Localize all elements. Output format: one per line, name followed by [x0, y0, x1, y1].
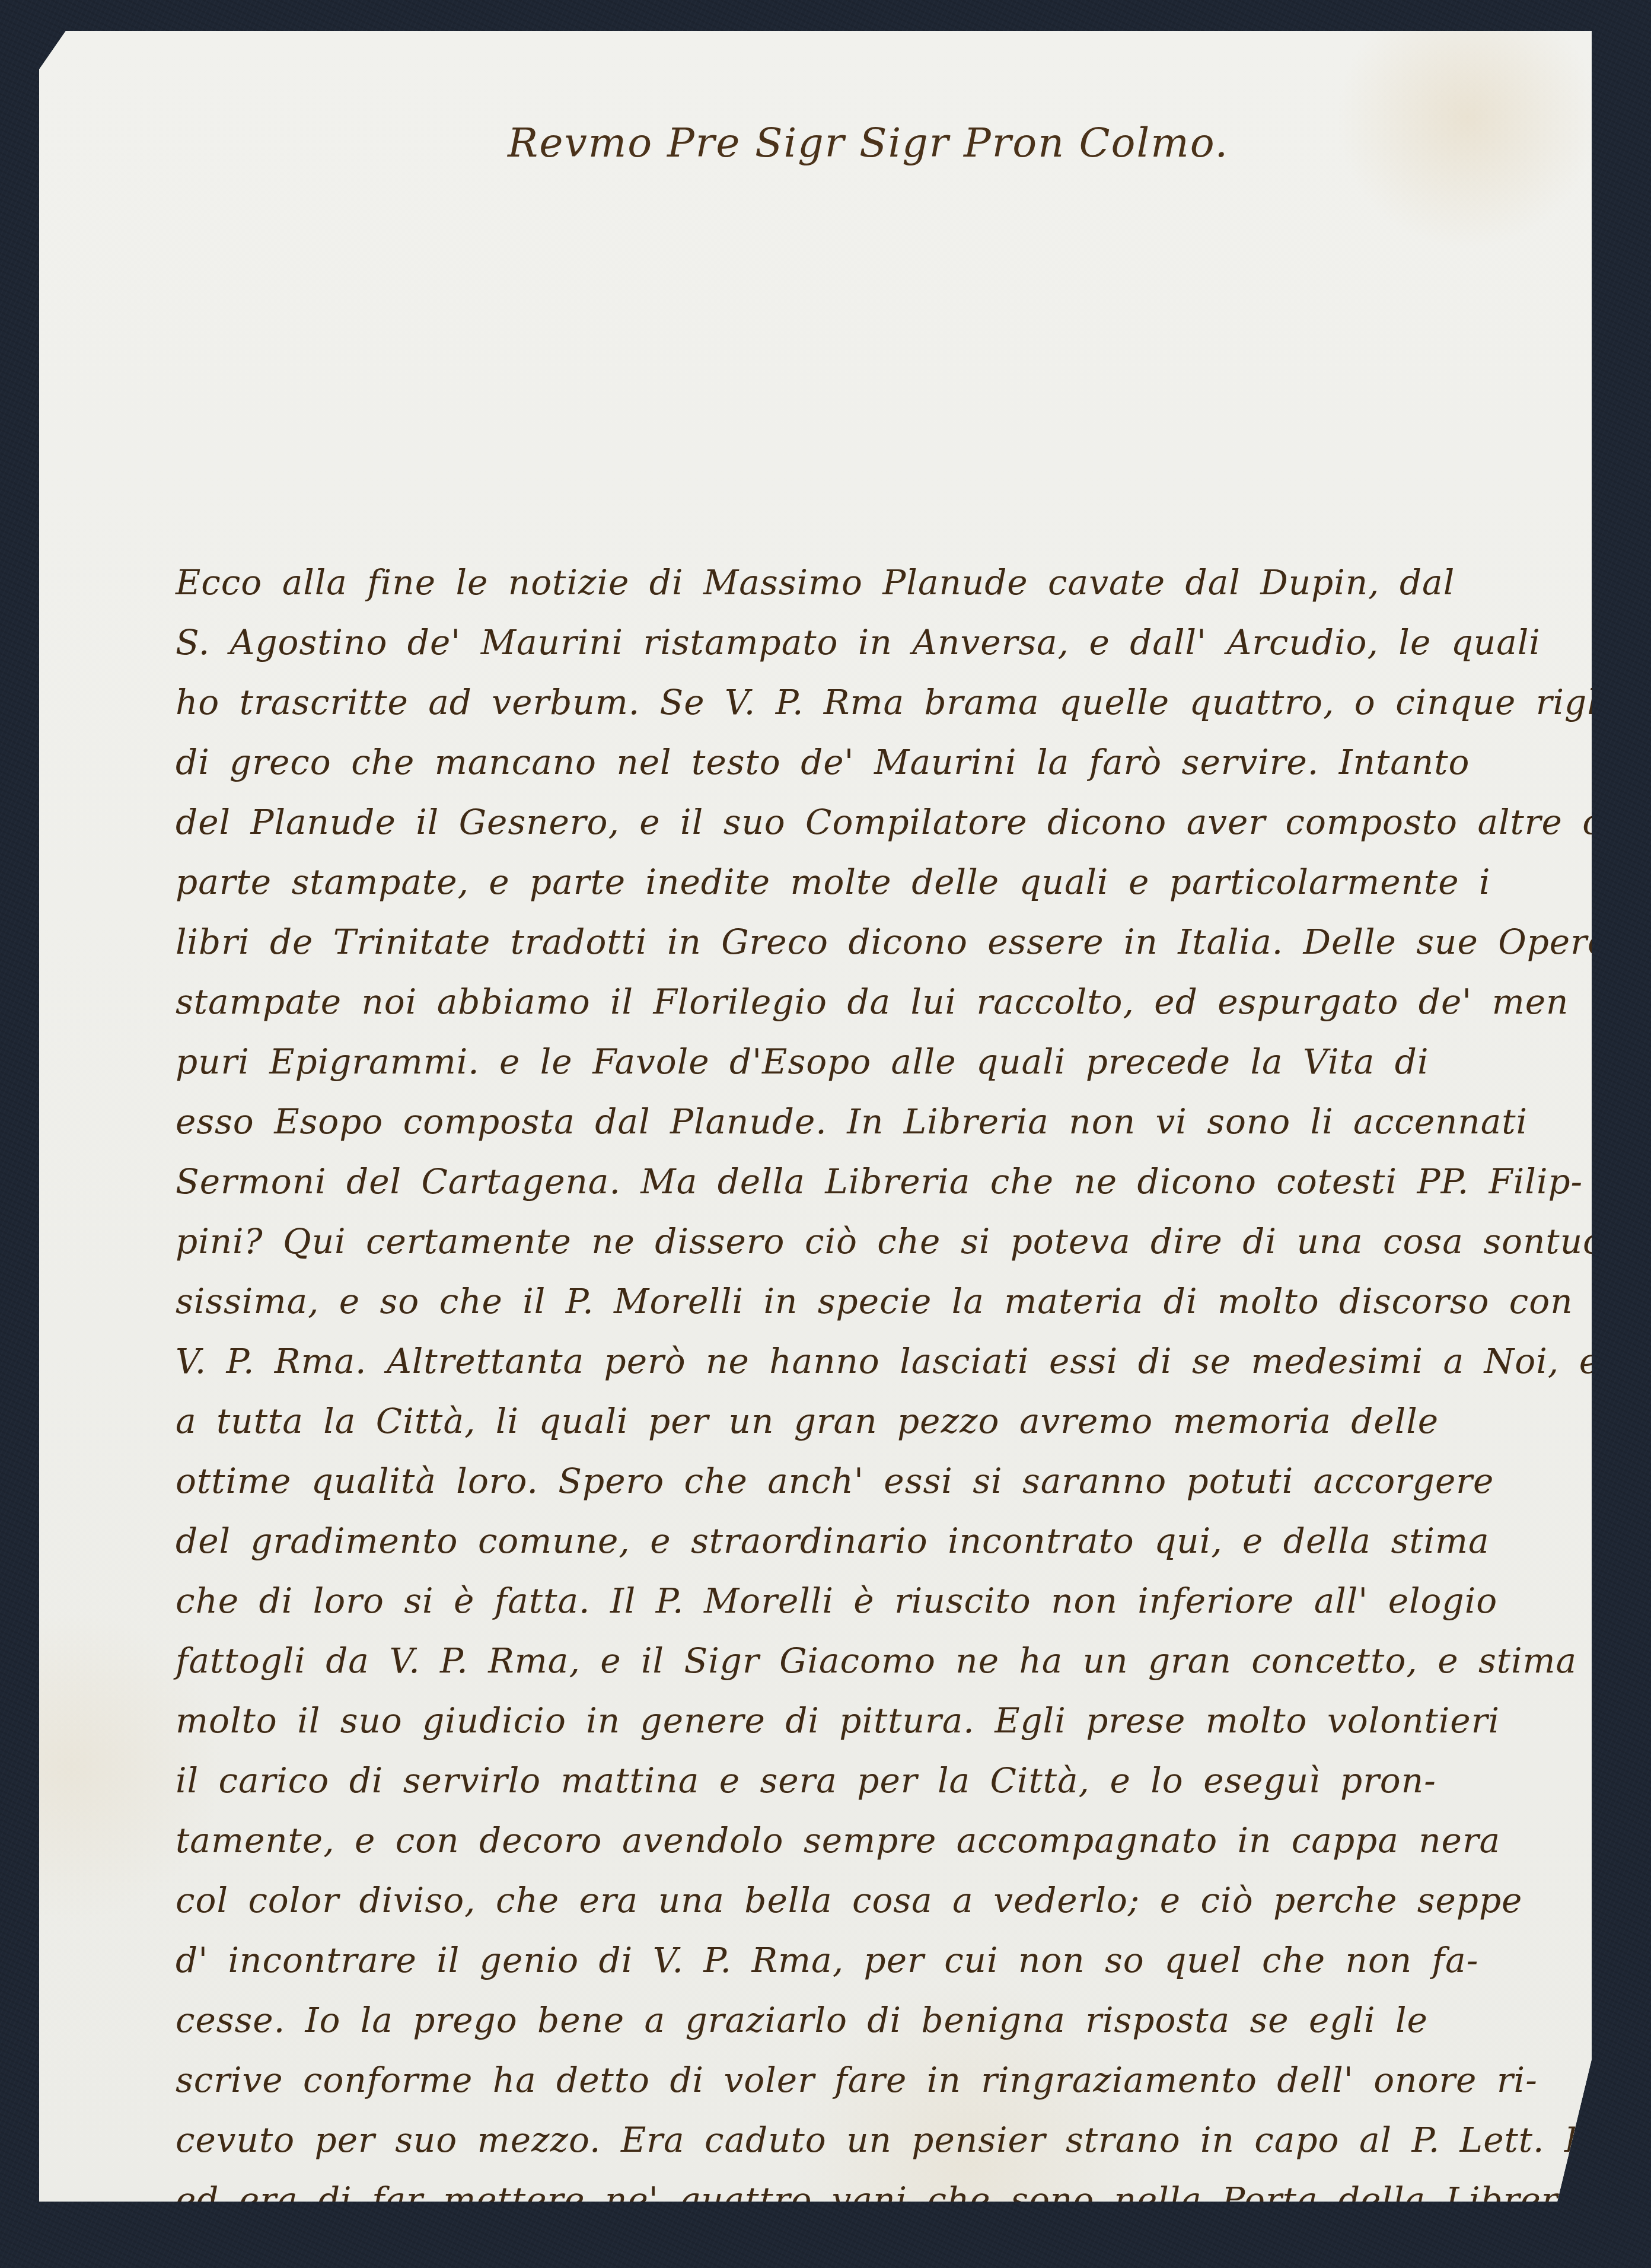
- manuscript-line: cevuto per suo mezzo. Era caduto un pens…: [176, 2110, 1634, 2170]
- manuscript-line: ottime qualità loro. Spero che anch' ess…: [176, 1451, 1634, 1511]
- manuscript-line: a tutta la Città, li quali per un gran p…: [176, 1391, 1634, 1451]
- manuscript-line: tamente, e con decoro avendolo sempre ac…: [176, 1811, 1634, 1871]
- manuscript-line: fattogli da V. P. Rma, e il Sigr Giacomo…: [176, 1631, 1634, 1691]
- manuscript-line: stampate noi abbiamo il Florilegio da lu…: [176, 972, 1634, 1032]
- manuscript-line: ed era di far mettere ne' quattro vani c…: [176, 2170, 1634, 2230]
- manuscript-line: esso Esopo composta dal Planude. In Libr…: [176, 1092, 1634, 1152]
- manuscript-line: V. P. Rma. Altrettanta però ne hanno las…: [176, 1332, 1634, 1391]
- manuscript-line: S. Agostino de' Maurini ristampato in An…: [176, 613, 1634, 673]
- letter-body: Ecco alla fine le notizie di Massimo Pla…: [176, 553, 1634, 2230]
- manuscript-line: pini? Qui certamente ne dissero ciò che …: [176, 1212, 1634, 1272]
- manuscript-line: puri Epigrammi. e le Favole d'Esopo alle…: [176, 1032, 1634, 1092]
- manuscript-line: che di loro si è fatta. Il P. Morelli è …: [176, 1571, 1634, 1631]
- manuscript-line: di greco che mancano nel testo de' Mauri…: [176, 732, 1634, 792]
- manuscript-line: libri de Trinitate tradotti in Greco dic…: [176, 912, 1634, 972]
- manuscript-line: molto il suo giudicio in genere di pittu…: [176, 1691, 1634, 1751]
- manuscript-line: del Planude il Gesnero, e il suo Compila…: [176, 792, 1634, 852]
- manuscript-line: cesse. Io la prego bene a graziarlo di b…: [176, 1990, 1634, 2050]
- manuscript-line: il carico di servirlo mattina e sera per…: [176, 1751, 1634, 1811]
- manuscript-line: del gradimento comune, e straordinario i…: [176, 1511, 1634, 1571]
- manuscript-page: Revmo Pre Sigr Sigr Pron Colmo. Ecco all…: [39, 31, 1592, 2202]
- manuscript-line: parte stampate, e parte inedite molte de…: [176, 852, 1634, 912]
- manuscript-line: col color diviso, che era una bella cosa…: [176, 1871, 1634, 1931]
- manuscript-line: Ecco alla fine le notizie di Massimo Pla…: [176, 553, 1634, 613]
- manuscript-line: ho trascritte ad verbum. Se V. P. Rma br…: [176, 673, 1634, 732]
- manuscript-line: sissima, e so che il P. Morelli in speci…: [176, 1272, 1634, 1332]
- manuscript-line: d' incontrare il genio di V. P. Rma, per…: [176, 1931, 1634, 1990]
- letter-salutation: Revmo Pre Sigr Sigr Pron Colmo.: [508, 120, 1229, 167]
- manuscript-line: scrive conforme ha detto di voler fare i…: [176, 2050, 1634, 2110]
- manuscript-line: Sermoni del Cartagena. Ma della Libreria…: [176, 1152, 1634, 1212]
